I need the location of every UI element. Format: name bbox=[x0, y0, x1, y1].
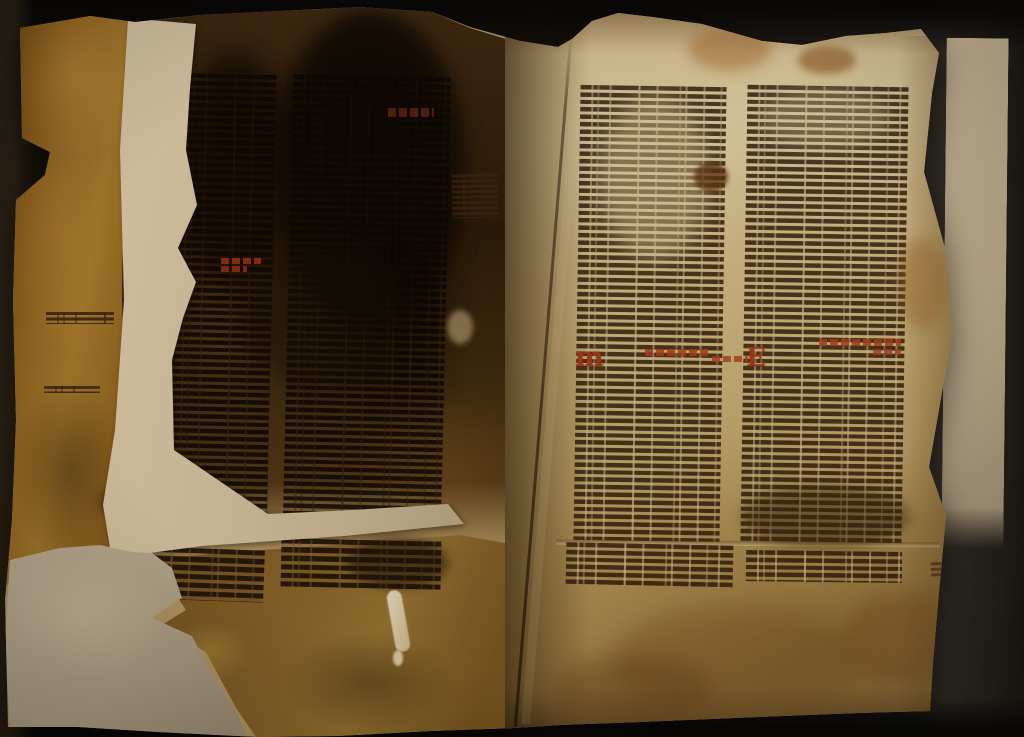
stain-top-center bbox=[688, 28, 772, 70]
mold-spot-4 bbox=[977, 602, 983, 608]
parchment-bifolium: m E bbox=[0, 0, 1024, 737]
red-initial-right-column: E bbox=[746, 345, 766, 371]
mold-spot-2 bbox=[966, 612, 973, 619]
right-page-column-2 bbox=[740, 85, 908, 543]
stain-top-right bbox=[798, 46, 856, 74]
parchment-sheet: m E bbox=[0, 0, 1024, 737]
pale-repair-strip bbox=[95, 10, 475, 570]
bottom-right-marginal-note bbox=[931, 559, 990, 578]
manuscript-photograph: m E bbox=[0, 0, 1024, 737]
stain-col2-bottom bbox=[742, 486, 910, 548]
right-page-column-2-extension bbox=[746, 550, 902, 583]
rubric-line-col1-inline bbox=[645, 349, 709, 356]
stain-bottom-margin-left bbox=[552, 655, 712, 727]
stain-bottom-margin-right bbox=[842, 592, 962, 684]
rubric-line-col2-heading bbox=[819, 339, 901, 346]
rubric-word-col2 bbox=[873, 349, 901, 355]
mold-spot-3 bbox=[956, 628, 962, 634]
rubric-word-col1 bbox=[712, 356, 748, 362]
stain-spot-dark bbox=[694, 162, 728, 192]
right-page-column-1-extension bbox=[566, 542, 734, 587]
stain-fore-edge-mid bbox=[898, 238, 948, 330]
red-initial-left-column: m bbox=[575, 344, 604, 371]
mold-spot-1 bbox=[950, 598, 958, 605]
washed-area-col2-top bbox=[760, 88, 890, 148]
mold-spot-5 bbox=[984, 624, 991, 630]
